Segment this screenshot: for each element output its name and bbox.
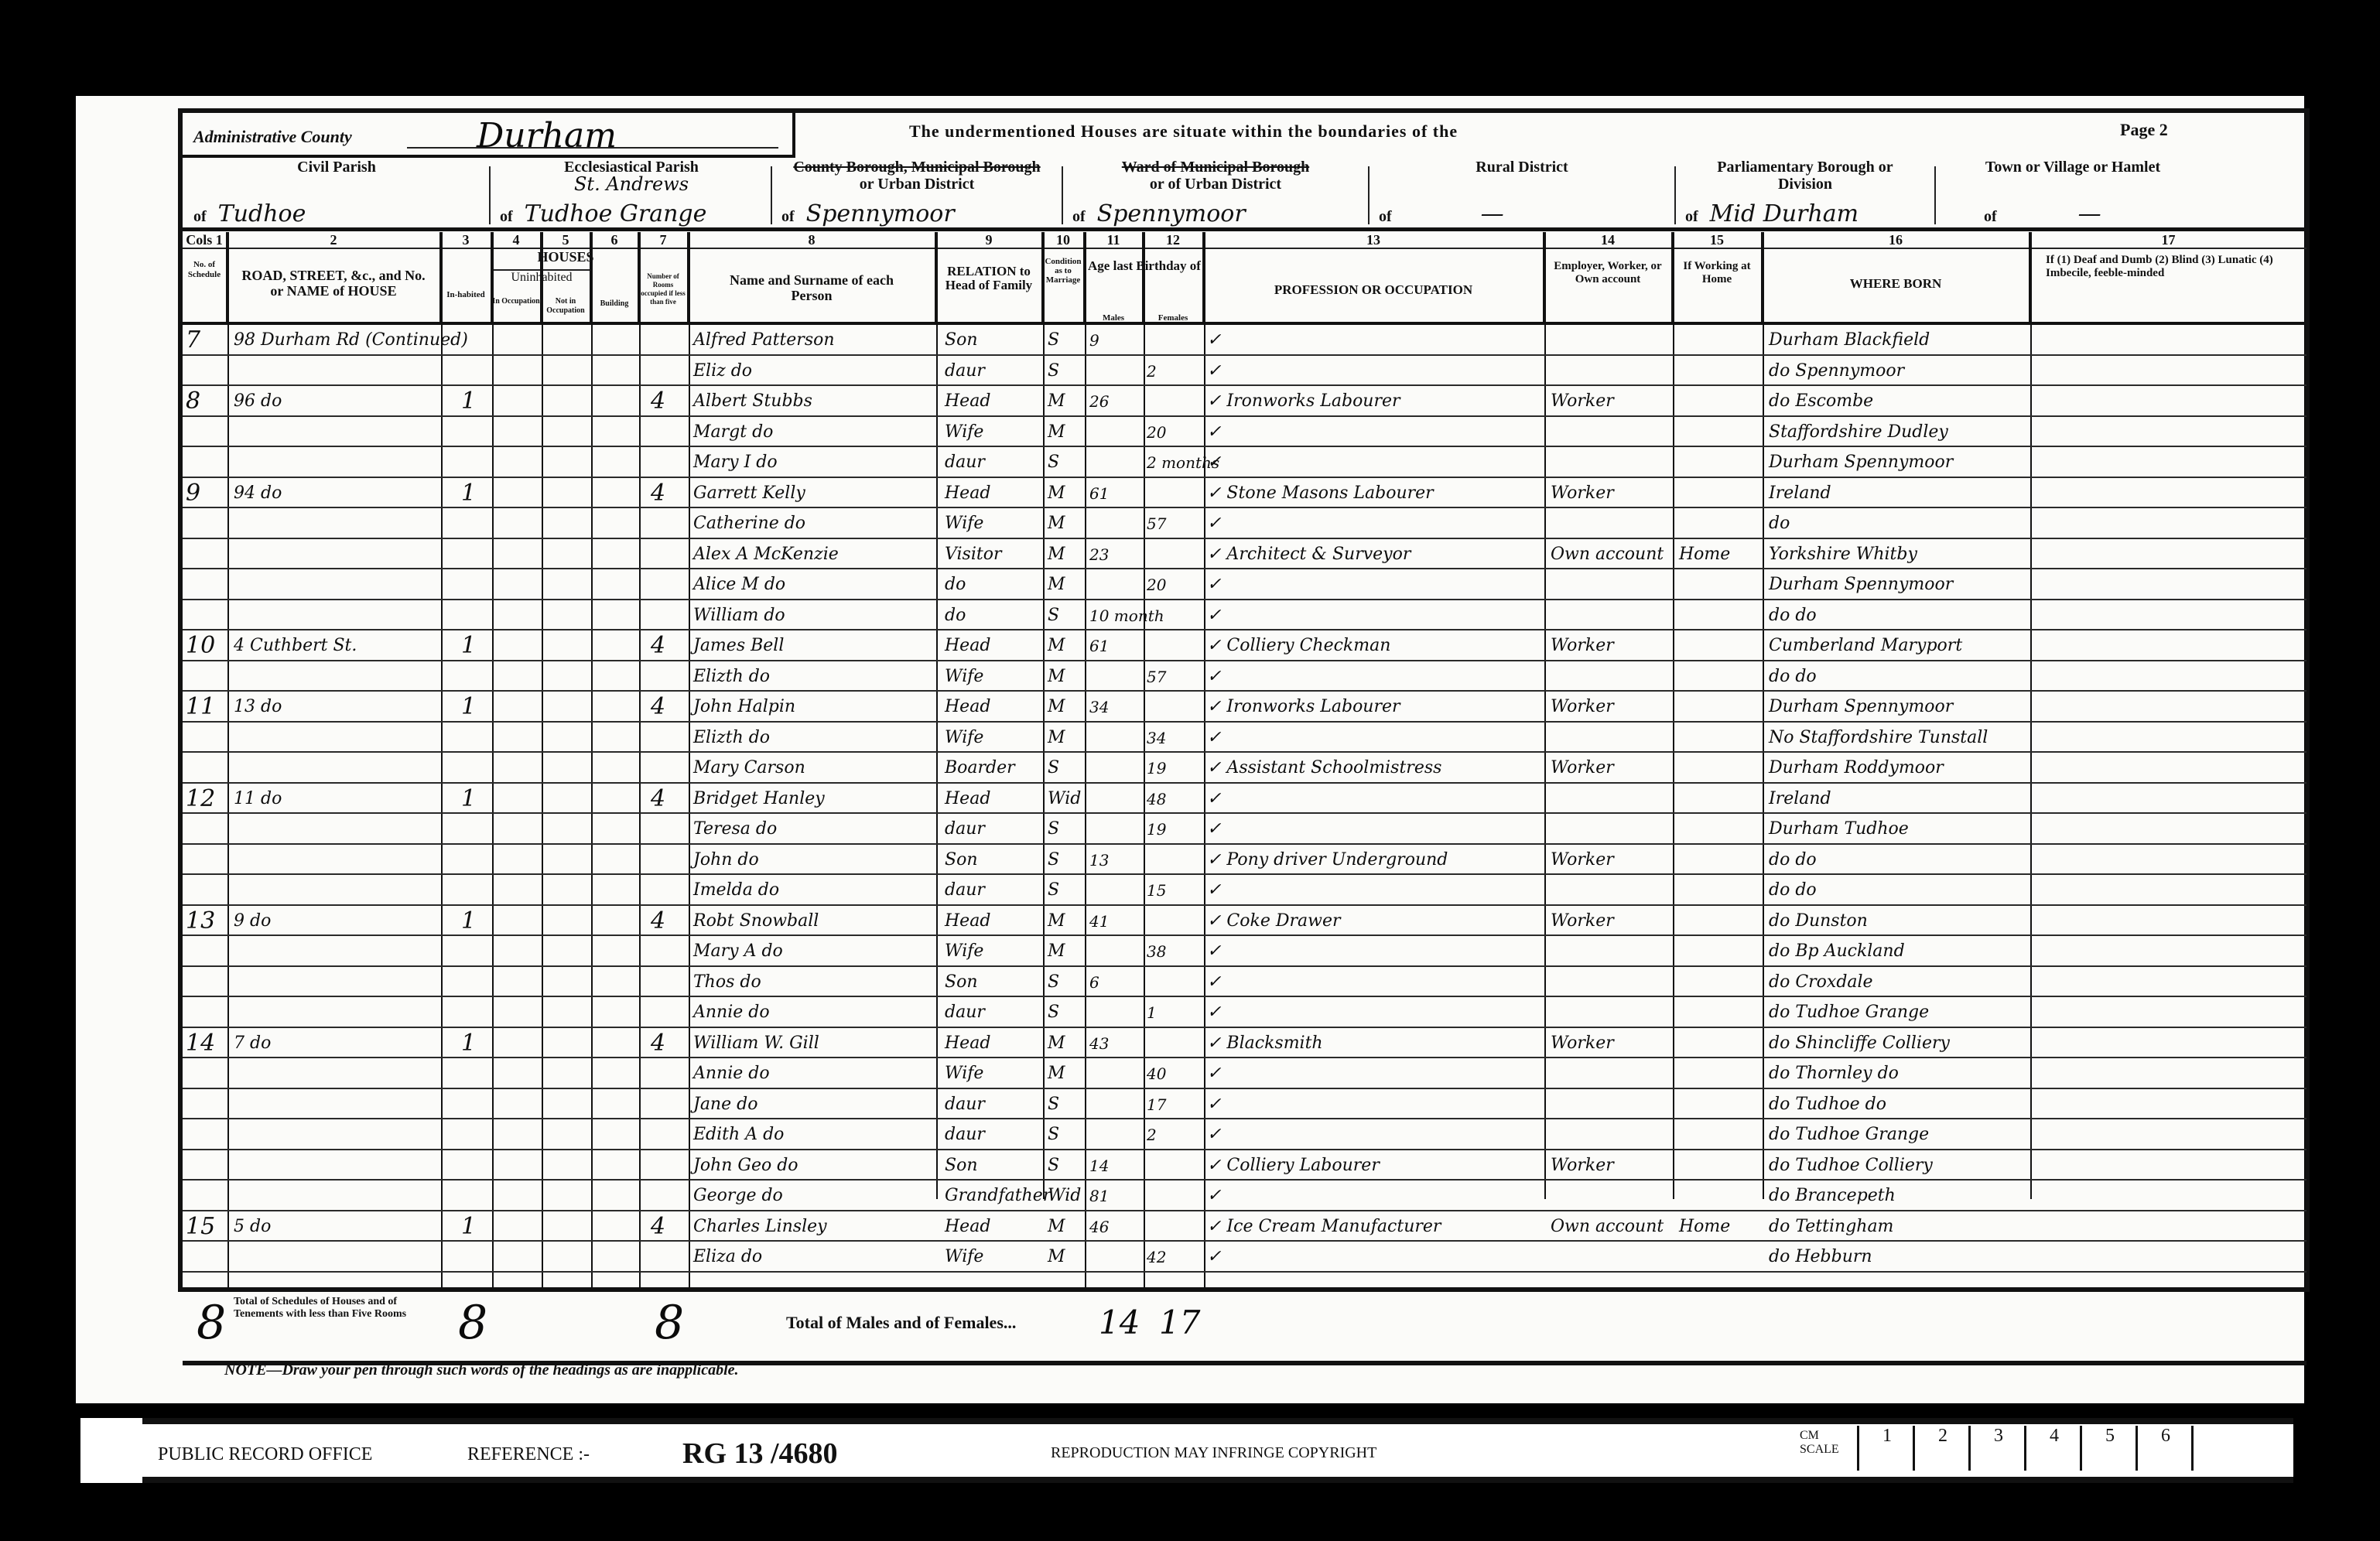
table-row: 147 do14William W. GillHeadM43✓ Blacksmi… xyxy=(183,1028,2306,1059)
table-row: William dodoS10 month✓do do xyxy=(183,600,2306,631)
header-rule xyxy=(183,227,2306,231)
col-number: 2 xyxy=(227,232,439,249)
rural-district-cell: Rural District of — xyxy=(1371,159,1673,228)
scale-mark-6: 6 xyxy=(2136,1426,2194,1471)
divider xyxy=(489,166,491,224)
county-underline xyxy=(407,147,778,149)
occupation: ✓ xyxy=(1207,1248,1221,1277)
col-label: Condition as to Marriage xyxy=(1043,249,1083,285)
public-record-office-label: PUBLIC RECORD OFFICE xyxy=(158,1444,372,1465)
col-address: 2ROAD, STREET, &c., and No. or NAME of H… xyxy=(227,232,441,323)
table-row: Elizth doWifeM57✓do do xyxy=(183,661,2306,692)
table-row: Mary CarsonBoarderS19✓ Assistant Schoolm… xyxy=(183,753,2306,784)
archive-footer: PUBLIC RECORD OFFICE REFERENCE :- RG 13 … xyxy=(80,1418,2293,1483)
col-relation: 9RELATION to Head of Family xyxy=(936,232,1043,323)
col-label: Not in Occupation xyxy=(542,249,590,316)
col-rooms: 7Number of Rooms occupied if less than f… xyxy=(639,232,689,323)
table-row: 139 do14Robt SnowballHeadM41✓ Coke Drawe… xyxy=(183,906,2306,937)
table-row: Teresa dodaurS19✓Durham Tudhoe xyxy=(183,814,2306,845)
of-label: of xyxy=(781,208,795,225)
col-number: 9 xyxy=(936,232,1041,249)
col-number: 6 xyxy=(591,232,638,249)
col-condition: 10Condition as to Marriage xyxy=(1043,232,1085,323)
col-working-at-home: 15If Working at Home xyxy=(1673,232,1763,323)
col-label: No. of Schedule xyxy=(183,249,226,280)
col-label: RELATION to Head of Family xyxy=(936,249,1041,292)
table-row: Annie dodaurS1✓do Tudhoe Grange xyxy=(183,997,2306,1028)
col-number: 13 xyxy=(1204,232,1543,249)
footer-bottom-rule xyxy=(142,1477,2293,1483)
col-number: 16 xyxy=(1763,232,2029,249)
table-row: Edith A dodaurS2✓do Tudhoe Grange xyxy=(183,1119,2306,1150)
parliamentary-borough-value: Mid Durham xyxy=(1702,200,1866,229)
urban-district-label: or Urban District xyxy=(774,176,1060,193)
table-row: 1113 do14John HalpinHeadM34✓ Ironworks L… xyxy=(183,692,2306,723)
col-label: PROFESSION OR OCCUPATION xyxy=(1204,249,1543,297)
marital-condition: M xyxy=(1048,1248,1065,1277)
parliamentary-borough-cell: Parliamentary Borough or Division of Mid… xyxy=(1677,159,1933,228)
col-number: 15 xyxy=(1673,232,1761,249)
table-row: Jane dodaurS17✓do Tudhoe do xyxy=(183,1089,2306,1120)
reference-label: REFERENCE :- xyxy=(467,1444,590,1465)
administrative-county-box: Administrative County Durham xyxy=(183,113,795,158)
total-rooms: 8 xyxy=(655,1296,684,1350)
note-text: NOTE—Draw your pen through such words of… xyxy=(224,1362,739,1379)
scale-mark-3: 3 xyxy=(1968,1426,2026,1471)
civil-parish-label: Civil Parish xyxy=(186,159,487,176)
person-name: Eliza do xyxy=(693,1248,762,1277)
col-where-born: 16WHERE BORN xyxy=(1763,232,2030,323)
table-row: John doSonS13✓ Pony driver UndergroundWo… xyxy=(183,845,2306,876)
divider xyxy=(1062,166,1063,224)
col-males: 11Males xyxy=(1085,232,1144,323)
col-label: Number of Rooms occupied if less than fi… xyxy=(639,249,687,306)
of-label: of xyxy=(500,208,513,225)
col-number: 7 xyxy=(639,232,687,249)
col-label: Name and Surname of each Person xyxy=(689,249,935,303)
scale-mark-1: 1 xyxy=(1857,1426,1915,1471)
rural-district-value: — xyxy=(1396,200,1589,229)
divider xyxy=(1934,166,1936,224)
table-row: George doGrandfatherWid81✓do Brancepeth xyxy=(183,1181,2306,1211)
of-label: of xyxy=(193,208,207,225)
of-label: of xyxy=(1984,208,1997,225)
table-row: Catherine doWifeM57✓do xyxy=(183,508,2306,539)
town-village-value: — xyxy=(2001,200,2179,229)
col-label: If Working at Home xyxy=(1673,249,1761,286)
rural-district-label: Rural District xyxy=(1371,159,1673,176)
col-label: Females xyxy=(1144,249,1202,323)
scale-mark-5: 5 xyxy=(2080,1426,2138,1471)
total-females: 17 xyxy=(1159,1304,1200,1341)
scale-mark-2: 2 xyxy=(1913,1426,1971,1471)
table-row: Alice M dodoM20✓Durham Spennymoor xyxy=(183,569,2306,600)
total-schedules: 8 xyxy=(197,1296,226,1350)
col-building: 6Building xyxy=(591,232,639,323)
col-number: 3 xyxy=(441,232,491,249)
col-label: Building xyxy=(591,249,638,311)
ward-label: or of Urban District xyxy=(1065,176,1366,193)
reference-value: RG 13 /4680 xyxy=(682,1437,838,1471)
col-infirmity: 17If (1) Deaf and Dumb (2) Blind (3) Lun… xyxy=(2030,232,2306,323)
col-females: 12Females xyxy=(1144,232,1204,323)
table-row: Annie doWifeM40✓do Thornley do xyxy=(183,1058,2306,1089)
table-row: 994 do14Garrett KellyHeadM61✓ Stone Maso… xyxy=(183,478,2306,509)
intro-text: The undermentioned Houses are situate wi… xyxy=(909,121,1458,142)
col-number: 4 xyxy=(492,232,540,249)
table-row: John Geo doSonS14✓ Colliery LabourerWork… xyxy=(183,1150,2306,1181)
ecclesiastical-parish-dedication: St. Andrews xyxy=(492,176,771,193)
col-label: Employer, Worker, or Own account xyxy=(1544,249,1671,286)
col-label: Males xyxy=(1085,249,1142,323)
table-row: Elizth doWifeM34✓No Staffordshire Tunsta… xyxy=(183,723,2306,753)
town-village-label: Town or Village or Hamlet xyxy=(1937,159,2208,176)
scale-mark-4: 4 xyxy=(2024,1426,2082,1471)
of-label: of xyxy=(1685,208,1698,225)
col-schedule: Cols 1No. of Schedule xyxy=(183,232,227,323)
administrative-county-label: Administrative County xyxy=(193,127,352,147)
table-row: 155 do14Charles LinsleyHeadM46✓ Ice Crea… xyxy=(183,1211,2306,1242)
col-occupation: 13PROFESSION OR OCCUPATION xyxy=(1204,232,1544,323)
col-number: 14 xyxy=(1544,232,1671,249)
total-inhabited: 8 xyxy=(458,1296,487,1350)
ecclesiastical-parish-value: Tudhoe Grange xyxy=(517,200,715,229)
col-number: 5 xyxy=(542,232,590,249)
table-row: 104 Cuthbert St.14James BellHeadM61✓ Col… xyxy=(183,630,2306,661)
birthplace: do Hebburn xyxy=(1769,1248,1872,1277)
page-number: Page 2 xyxy=(2120,120,2168,140)
footer-top-rule xyxy=(142,1418,2293,1424)
table-row: Margt doWifeM20✓Staffordshire Dudley xyxy=(183,417,2306,448)
col-label: WHERE BORN xyxy=(1763,249,2029,291)
col-number: Cols 1 xyxy=(183,232,226,249)
of-label: of xyxy=(1072,208,1086,225)
scale-end xyxy=(2191,1426,2194,1471)
town-village-cell: Town or Village or Hamlet of — xyxy=(1937,159,2208,228)
urban-district-value: Spennymoor xyxy=(798,200,963,229)
table-row: Imelda dodaurS15✓do do xyxy=(183,875,2306,906)
col-number: 8 xyxy=(689,232,935,249)
col-number: 11 xyxy=(1085,232,1142,249)
col-not-in-occupation: 5Not in Occupation xyxy=(542,232,591,323)
col-number: 12 xyxy=(1144,232,1202,249)
ward-cell: Ward of Municipal Borough or of Urban Di… xyxy=(1065,159,1366,228)
table-row: 798 Durham Rd (Continued)Alfred Patterso… xyxy=(183,325,2306,356)
divider xyxy=(771,166,772,224)
parliamentary-borough-label: Parliamentary Borough or Division xyxy=(1677,159,1933,193)
ward-value: Spennymoor xyxy=(1089,200,1253,229)
table-row: Thos doSonS6✓do Croxdale xyxy=(183,967,2306,998)
total-schedules-label: Total of Schedules of Houses and of Tene… xyxy=(234,1296,443,1321)
administrative-county-value: Durham xyxy=(477,116,617,155)
col-number: 10 xyxy=(1043,232,1083,249)
divider xyxy=(1674,166,1676,224)
divider xyxy=(1368,166,1370,224)
totals-row: 8 Total of Schedules of Houses and of Te… xyxy=(183,1287,2306,1365)
col-inhabited: 3In-habited xyxy=(441,232,492,323)
table-row: Mary I dodaurS2 months✓Durham Spennymoor xyxy=(183,447,2306,478)
col-label: In Occupation xyxy=(492,249,540,306)
civil-parish-value: Tudhoe xyxy=(210,200,314,229)
col-label: If (1) Deaf and Dumb (2) Blind (3) Lunat… xyxy=(2030,249,2306,280)
of-label: of xyxy=(1379,208,1392,225)
urban-district-cell: County Borough, Municipal Borough or Urb… xyxy=(774,159,1060,228)
table-row: Eliza doWifeM42✓do Hebburn xyxy=(183,1242,2306,1273)
total-males-females-label: Total of Males and of Females... xyxy=(786,1313,1016,1333)
col-name: 8Name and Surname of each Person xyxy=(689,232,936,323)
civil-parish-cell: Civil Parish of Tudhoe xyxy=(186,159,487,228)
ward-label-struck: Ward of Municipal Borough xyxy=(1065,159,1366,176)
ecclesiastical-parish-cell: Ecclesiastical Parish St. Andrews of Tud… xyxy=(492,159,771,228)
table-row: Eliz dodaurS2✓do Spennymoor xyxy=(183,356,2306,387)
table-row: 896 do14Albert StubbsHeadM26✓ Ironworks … xyxy=(183,386,2306,417)
county-borough-label-struck: County Borough, Municipal Borough xyxy=(774,159,1060,176)
col-number: 17 xyxy=(2030,232,2306,249)
relation: Wife xyxy=(945,1248,983,1277)
table-row: 1211 do14Bridget HanleyHeadWid48✓Ireland xyxy=(183,784,2306,815)
col-label: ROAD, STREET, &c., and No. or NAME of HO… xyxy=(227,249,439,299)
col-in-occupation: 4In Occupation xyxy=(492,232,542,323)
copyright-notice: REPRODUCTION MAY INFRINGE COPYRIGHT xyxy=(1051,1444,1376,1462)
age-female: 42 xyxy=(1147,1248,1166,1277)
cm-scale-label: CM SCALE xyxy=(1800,1429,1831,1457)
table-row: Mary A doWifeM38✓do Bp Auckland xyxy=(183,936,2306,967)
table-row: Alex A McKenzieVisitorM23✓ Architect & S… xyxy=(183,539,2306,570)
col-employer-worker: 14Employer, Worker, or Own account xyxy=(1544,232,1673,323)
total-males: 14 xyxy=(1099,1304,1140,1341)
col-label: In-habited xyxy=(441,249,491,302)
